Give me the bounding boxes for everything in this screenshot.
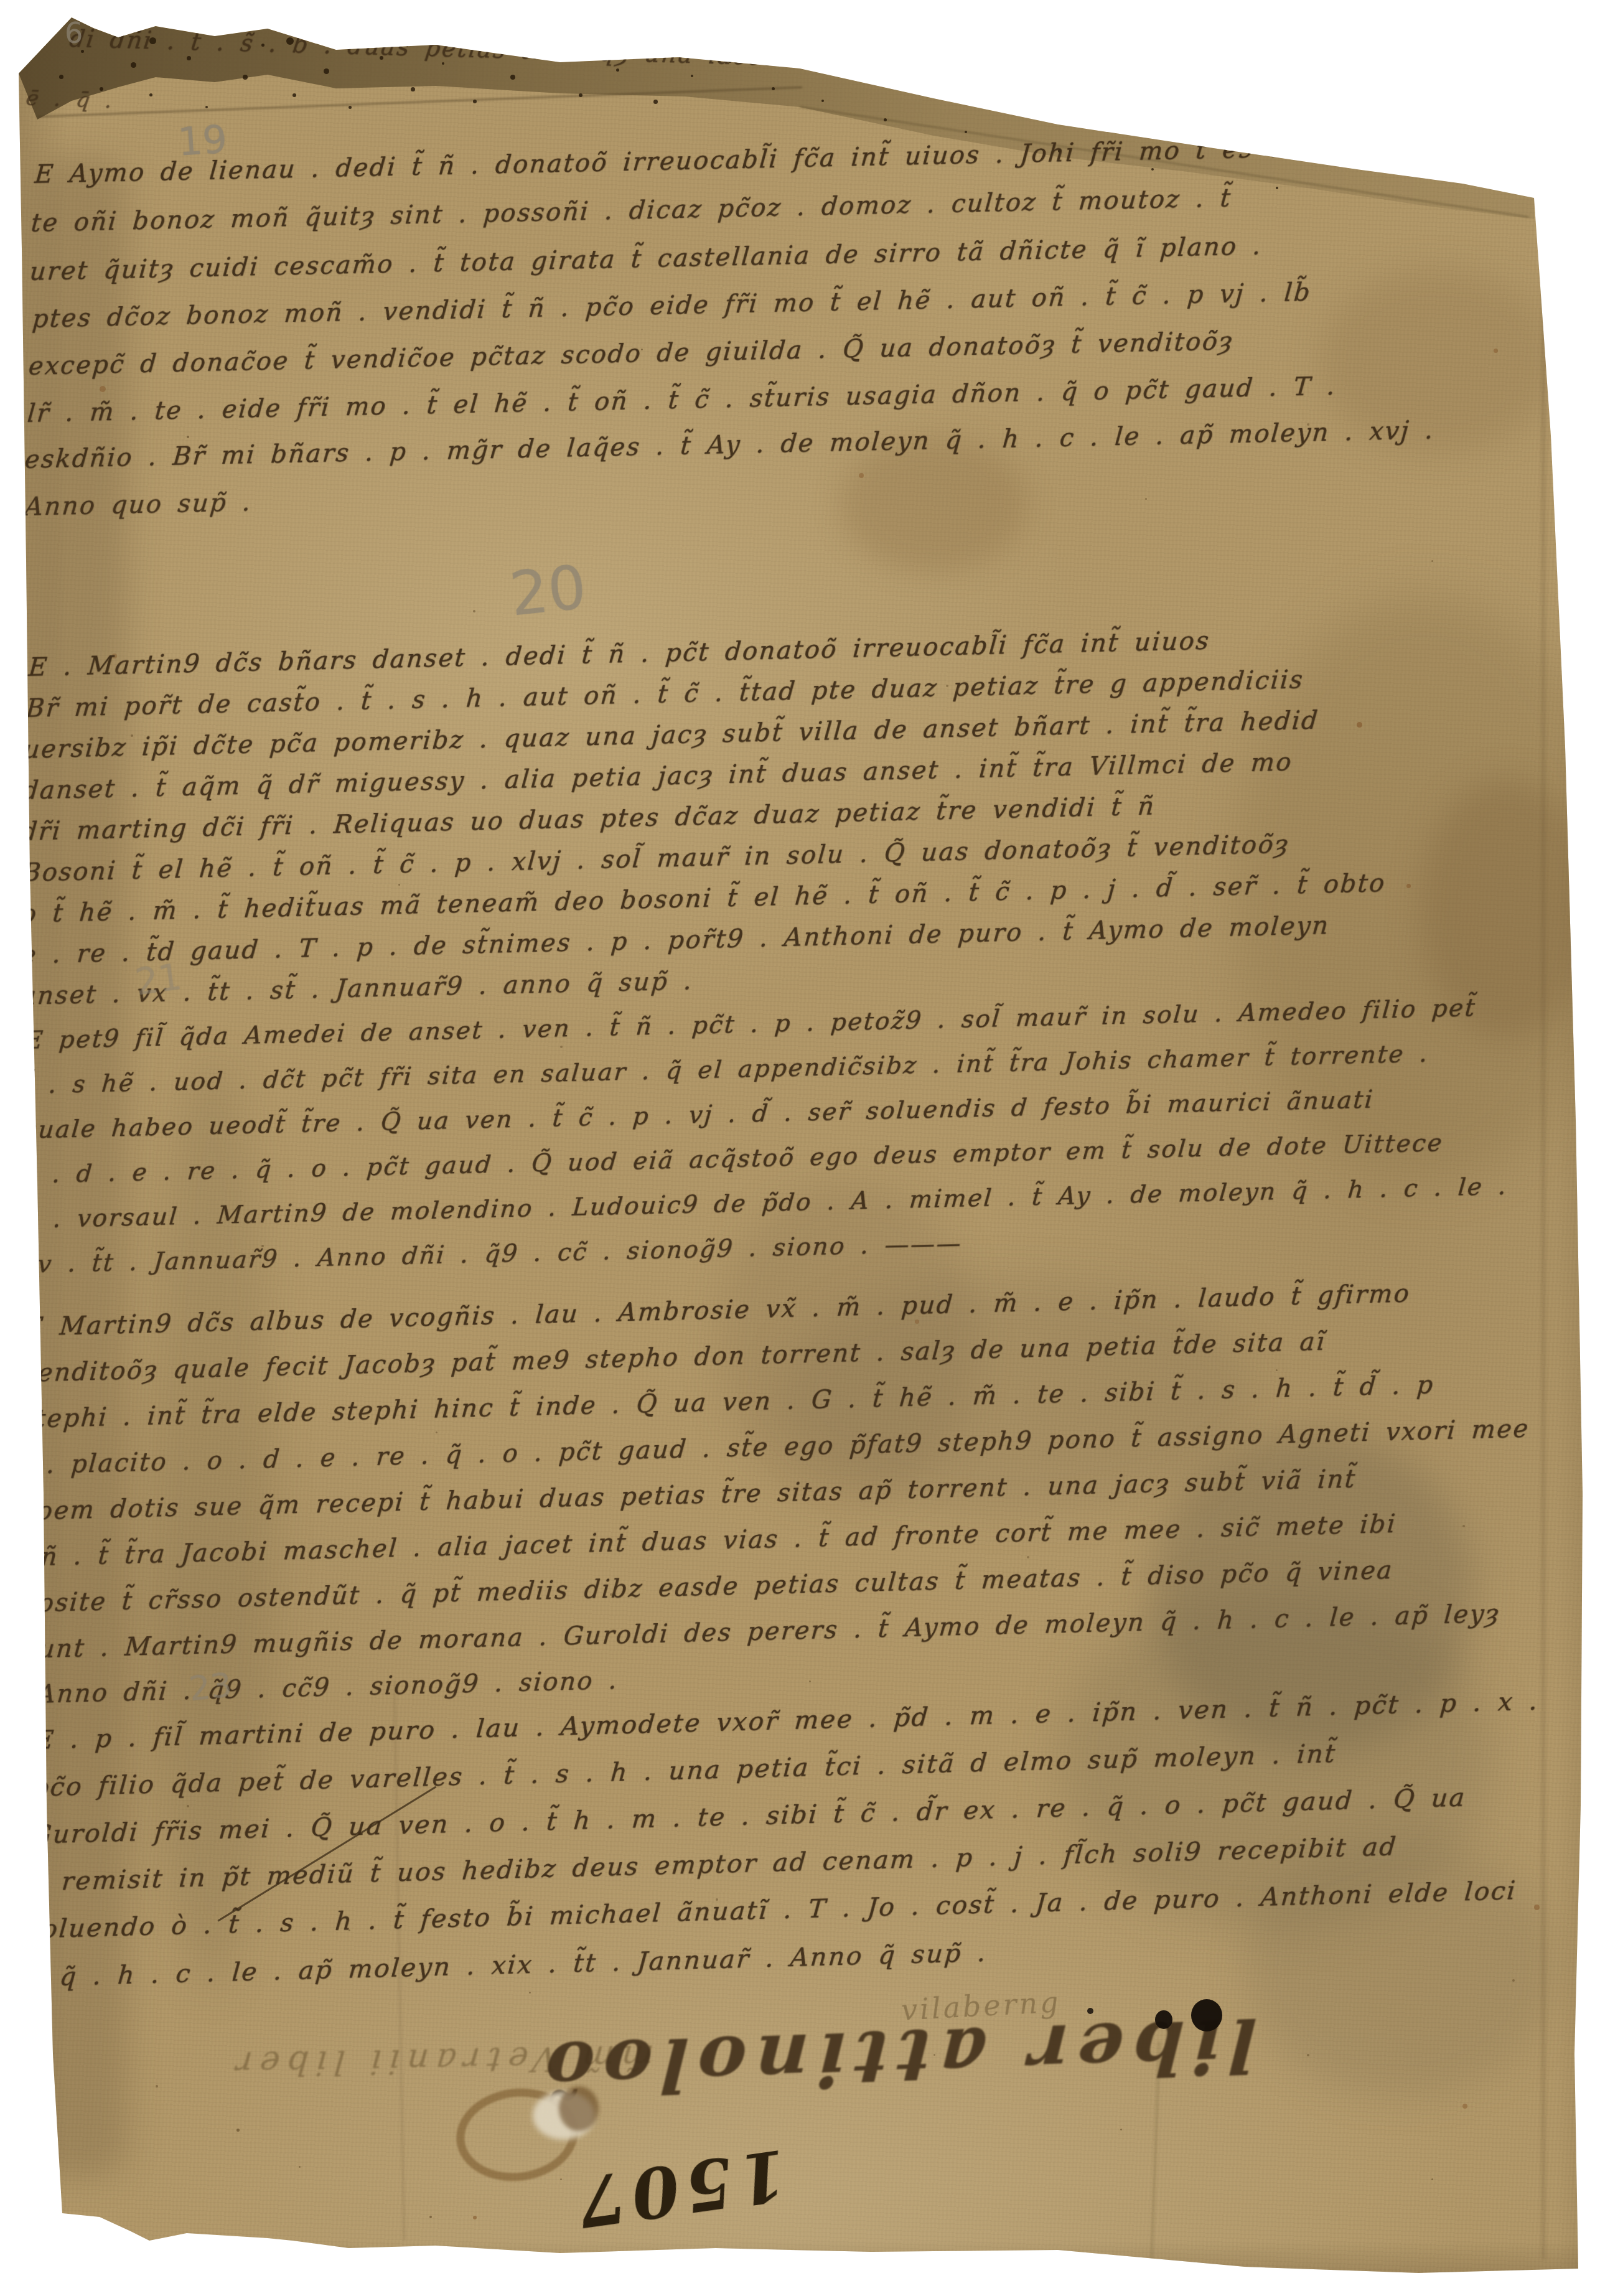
manuscript-line: q̃ . h . c . le . ap̃ moleyn . xix . t̃t… <box>58 1938 988 1992</box>
ink-speck <box>616 68 619 72</box>
ink-speck <box>473 100 477 103</box>
ink-speck <box>510 75 515 80</box>
parchment-freckle <box>187 436 189 438</box>
parchment-freckle <box>429 2216 432 2218</box>
ink-speck <box>579 93 582 97</box>
manuscript-line: excepc̃ d donac̃oe t̃ vendic̃oe pc̃taz s… <box>27 327 1235 381</box>
ring-stain-blob <box>559 2086 599 2131</box>
ink-speck <box>411 87 415 91</box>
pencil-number: 6 <box>65 16 83 50</box>
parchment-freckle <box>436 1431 437 1433</box>
ink-speck <box>653 100 658 104</box>
parchment-freckle <box>1431 2178 1433 2180</box>
ink-speck <box>398 37 403 42</box>
parchment-freckle <box>915 1319 919 1324</box>
parchment-freckle <box>187 1805 189 1807</box>
parchment-freckle <box>1276 1369 1278 1371</box>
ink-speck <box>821 100 824 102</box>
parchment-freckle <box>560 1046 563 1048</box>
ink-speck <box>205 106 208 108</box>
manuscript-line: Anno dñi . q̃9 . cc̃9 . sionog̃9 . siono… <box>36 1666 619 1709</box>
parchment-freckle <box>1431 560 1433 562</box>
ink-speck <box>131 62 136 68</box>
ink-speck <box>1151 168 1154 171</box>
parchment-freckle <box>1307 2054 1309 2056</box>
ink-speck <box>59 75 63 79</box>
parchment-freckle <box>236 2129 240 2132</box>
manuscript-line: ē . q̄ . <box>24 86 115 114</box>
ink-speck <box>187 56 191 60</box>
manuscript-line: anset . vx . t̃t . st̃ . Jannuar̃9 . ann… <box>20 967 694 1011</box>
parchment-freckle <box>1120 2129 1122 2130</box>
ink-blot <box>1155 2010 1172 2029</box>
manuscript-line: xv . t̃t . Jannuar̃9 . Anno dñi . q̃9 . … <box>21 1230 963 1279</box>
parchment-freckle <box>1462 2104 1467 2109</box>
manuscript-line: te oñi bonoz moñ q̃uitȝ sint . possoñi .… <box>30 184 1233 238</box>
pen-flourish-stroke <box>217 1786 436 1921</box>
pencil-number: 20 <box>507 553 589 630</box>
ink-speck <box>622 44 626 47</box>
parchment-freckle <box>1027 1556 1029 1558</box>
parchment-freckle <box>1512 1979 1515 1982</box>
parchment-freckle <box>610 2253 613 2256</box>
ink-speck <box>772 87 775 90</box>
ink-speck <box>884 118 887 121</box>
ink-speck <box>965 131 967 133</box>
fold-crease <box>1542 205 1545 2259</box>
manuscript-line: uret q̃uitȝ cuidi cescam̃o . t̃ tota gir… <box>29 232 1263 286</box>
parchment-freckle <box>1406 884 1411 888</box>
ink-speck <box>243 75 248 80</box>
ink-blot <box>1191 1999 1222 2031</box>
manuscript-line: E Aymo de lienau . dedi t̃ ñ . donatoõ i… <box>34 132 1392 189</box>
parchment-freckle <box>1462 1525 1465 1527</box>
parchment-freckle <box>809 1680 811 1682</box>
parchment-freckle <box>1534 1905 1540 1910</box>
pencil-number: 21 <box>133 955 184 1004</box>
parchment-freckle <box>1145 498 1147 500</box>
ink-speck <box>324 68 329 74</box>
parchment-sheet: di dñi . t̃ . s̃ . b . duas petias t̃re … <box>0 0 1600 2296</box>
parchment-freckle <box>299 2166 301 2168</box>
parchment-freckle <box>1357 722 1362 728</box>
ink-speck <box>541 56 545 59</box>
parchment-freckle <box>1494 349 1498 353</box>
manuscript-photo: { "meta": { "description": "Photograph o… <box>0 0 1600 2296</box>
manuscript-line: ptes dc̃oz bonoz moñ . vendidi t̃ ñ . pc… <box>31 278 1312 334</box>
ink-speck <box>442 62 444 65</box>
water-stain <box>149 1058 274 1992</box>
manuscript-line: eskdñio . Br̃ mi bñars . p . mg̃r de laq… <box>24 416 1436 475</box>
parchment-freckle <box>100 386 106 392</box>
parchment-freckle <box>859 473 864 478</box>
ink-speck <box>149 93 152 96</box>
pencil-number: 19 <box>176 116 228 165</box>
parchment-freckle <box>473 2216 477 2219</box>
ink-speck <box>691 75 693 77</box>
parchment-freckle <box>156 2085 158 2087</box>
pencil-number: 23 <box>187 1665 234 1708</box>
ink-blot <box>1087 2008 1093 2014</box>
manuscript-line: Anno quo sup̃ . <box>24 488 253 522</box>
upside-down-year-1507: 1507 <box>567 2134 792 2244</box>
parchment-freckle <box>473 610 475 612</box>
parchment-freckle <box>529 1992 531 1994</box>
ink-speck <box>292 93 296 97</box>
parchment-freckle <box>398 884 400 886</box>
parchment-freckle <box>560 2178 562 2180</box>
manuscript-line: lr̃ . m̃ . te . eide fr̃i mo . t̃ el hẽ … <box>26 372 1337 428</box>
ink-speck <box>1276 187 1278 189</box>
ink-speck <box>349 106 352 109</box>
